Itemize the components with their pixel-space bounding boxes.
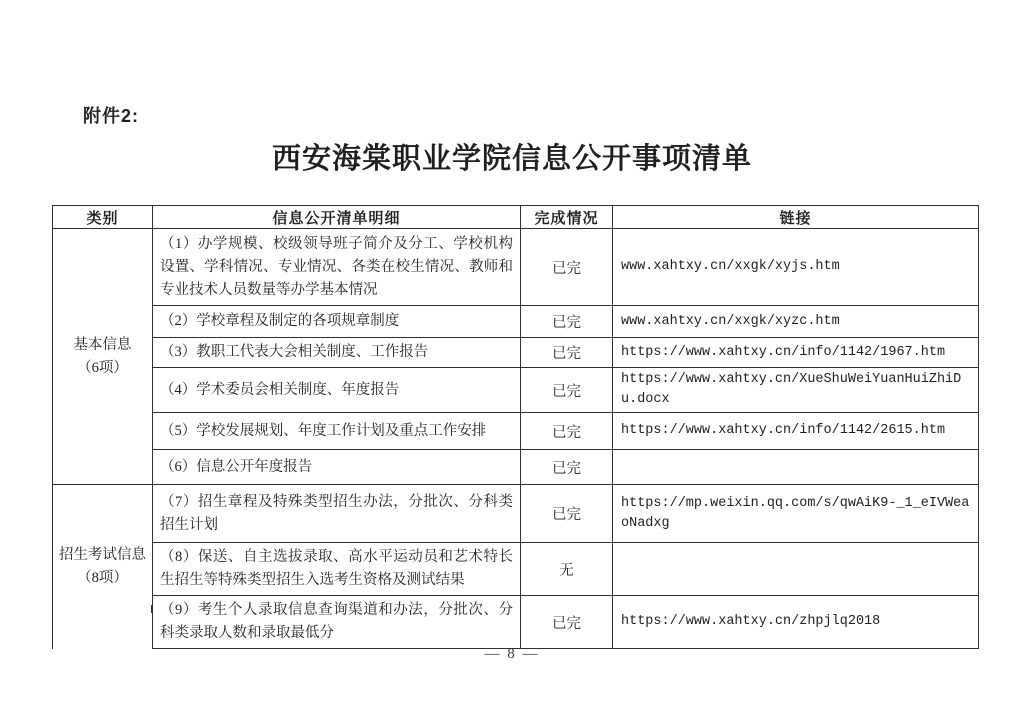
link-cell <box>613 543 979 596</box>
page-title: 西安海棠职业学院信息公开事项清单 <box>0 136 1024 177</box>
detail-cell: （5）学校发展规划、年度工作计划及重点工作安排 <box>153 413 521 450</box>
table-row: （8）保送、自主选拔录取、高水平运动员和艺术特长生招生等特殊类型招生入选考生资格… <box>53 543 979 596</box>
detail-cell: （3）教职工代表大会相关制度、工作报告 <box>153 338 521 368</box>
link-cell: https://www.xahtxy.cn/info/1142/1967.htm <box>613 338 979 368</box>
detail-cell: （8）保送、自主选拔录取、高水平运动员和艺术特长生招生等特殊类型招生入选考生资格… <box>153 543 521 596</box>
status-cell: 无 <box>521 543 613 596</box>
link-cell: https://www.xahtxy.cn/XueShuWeiYuanHuiZh… <box>613 368 979 413</box>
category-count: （8项） <box>77 570 128 586</box>
table-header-row: 类别 信息公开清单明细 完成情况 链接 <box>53 206 979 229</box>
page-number: — 8 — <box>0 646 1024 663</box>
status-cell: 已完 <box>521 450 613 485</box>
status-cell: 已完 <box>521 368 613 413</box>
info-disclosure-table-wrap: 类别 信息公开清单明细 完成情况 链接 基本信息 （6项） （1）办学规模、校级… <box>52 205 978 649</box>
detail-cell: （9）考生个人录取信息查询渠道和办法，分批次、分科类录取人数和录取最低分 <box>153 596 521 649</box>
link-cell <box>613 450 979 485</box>
header-category: 类别 <box>53 206 153 229</box>
detail-cell: （4）学术委员会相关制度、年度报告 <box>153 368 521 413</box>
header-detail: 信息公开清单明细 <box>153 206 521 229</box>
status-cell: 已完 <box>521 229 613 306</box>
document-page: 附件2: 西安海棠职业学院信息公开事项清单 类别 信息公开清单明细 完成情况 链… <box>0 0 1024 724</box>
category-admissions-info: 招生考试信息 （8项） <box>53 485 153 649</box>
table-row: 招生考试信息 （8项） （7）招生章程及特殊类型招生办法，分批次、分科类招生计划… <box>53 485 979 543</box>
table-page-break-cut <box>52 605 152 613</box>
table-row: 基本信息 （6项） （1）办学规模、校级领导班子简介及分工、学校机构设置、学科情… <box>53 229 979 306</box>
category-name: 招生考试信息 <box>59 547 146 563</box>
link-cell: https://www.xahtxy.cn/zhpjlq2018 <box>613 596 979 649</box>
header-link: 链接 <box>613 206 979 229</box>
attachment-label: 附件2: <box>83 102 139 128</box>
category-basic-info: 基本信息 （6项） <box>53 229 153 485</box>
table-row: （4）学术委员会相关制度、年度报告 已完 https://www.xahtxy.… <box>53 368 979 413</box>
detail-cell: （2）学校章程及制定的各项规章制度 <box>153 306 521 338</box>
category-count: （6项） <box>77 360 128 376</box>
table-row: （5）学校发展规划、年度工作计划及重点工作安排 已完 https://www.x… <box>53 413 979 450</box>
table-row: （6）信息公开年度报告 已完 <box>53 450 979 485</box>
link-cell: www.xahtxy.cn/xxgk/xyjs.htm <box>613 229 979 306</box>
status-cell: 已完 <box>521 413 613 450</box>
table-row: （3）教职工代表大会相关制度、工作报告 已完 https://www.xahtx… <box>53 338 979 368</box>
link-cell: https://www.xahtxy.cn/info/1142/2615.htm <box>613 413 979 450</box>
info-disclosure-table: 类别 信息公开清单明细 完成情况 链接 基本信息 （6项） （1）办学规模、校级… <box>52 205 979 649</box>
status-cell: 已完 <box>521 485 613 543</box>
status-cell: 已完 <box>521 338 613 368</box>
table-row: （9）考生个人录取信息查询渠道和办法，分批次、分科类录取人数和录取最低分 已完 … <box>53 596 979 649</box>
detail-cell: （7）招生章程及特殊类型招生办法，分批次、分科类招生计划 <box>153 485 521 543</box>
detail-cell: （6）信息公开年度报告 <box>153 450 521 485</box>
link-cell: https://mp.weixin.qq.com/s/qwAiK9-_1_eIV… <box>613 485 979 543</box>
header-status: 完成情况 <box>521 206 613 229</box>
table-row: （2）学校章程及制定的各项规章制度 已完 www.xahtxy.cn/xxgk/… <box>53 306 979 338</box>
status-cell: 已完 <box>521 306 613 338</box>
detail-cell: （1）办学规模、校级领导班子简介及分工、学校机构设置、学科情况、专业情况、各类在… <box>153 229 521 306</box>
category-name: 基本信息 <box>74 337 132 353</box>
status-cell: 已完 <box>521 596 613 649</box>
link-cell: www.xahtxy.cn/xxgk/xyzc.htm <box>613 306 979 338</box>
